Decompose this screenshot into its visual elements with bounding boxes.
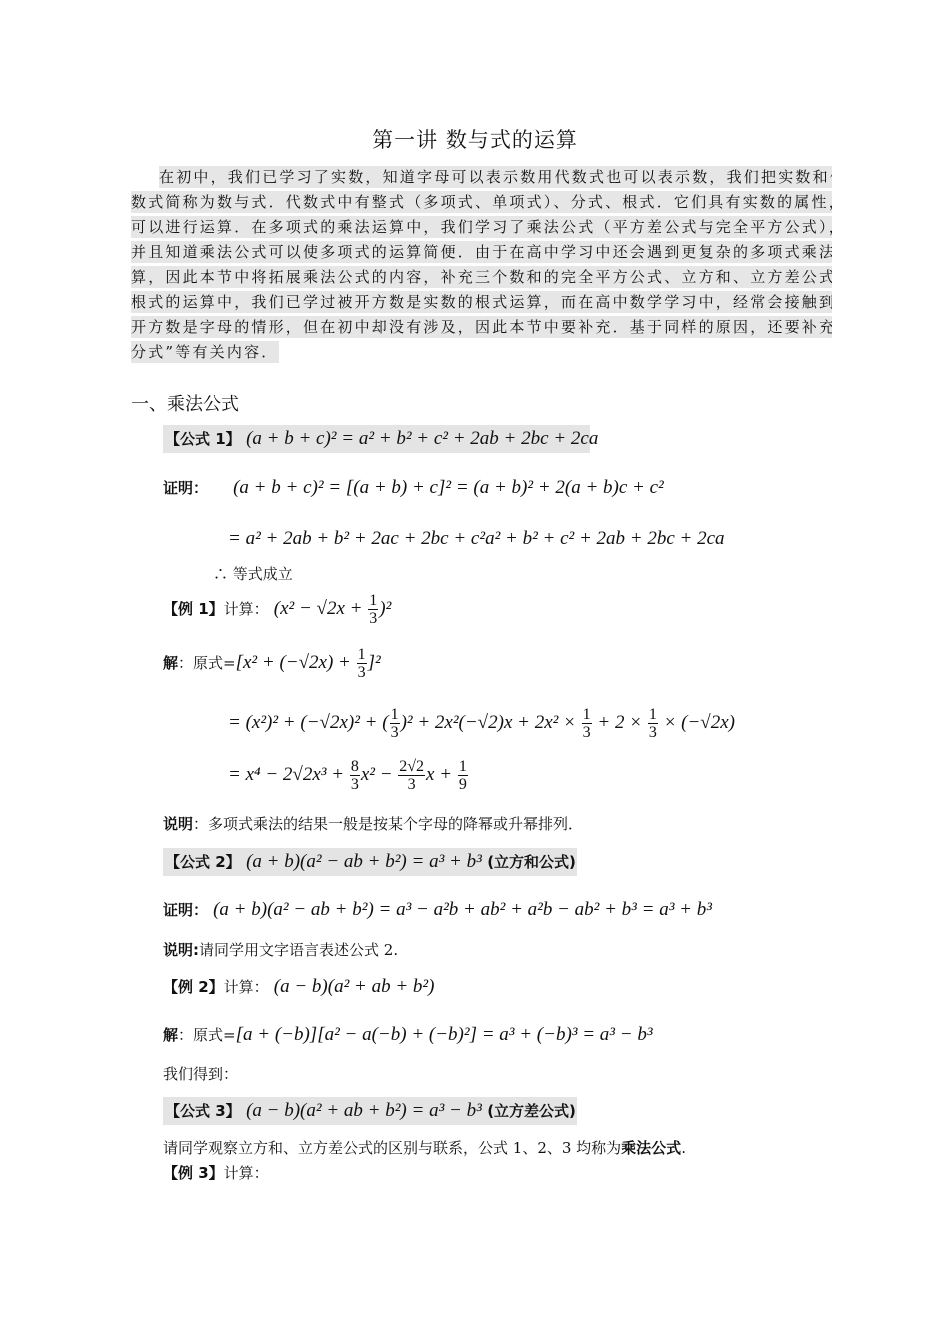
solution-label: 解 [163,1026,178,1044]
intro-line: 开方数是字母的情形，但在初中却没有涉及，因此本节中要补充．基于同样的原因，还要补… [131,316,832,338]
solution-prefix: 原式= [193,654,236,672]
proof-2: 证明： (a + b)(a² − ab + b²) = a³ − a²b + a… [163,899,712,921]
proof-expression-line2: = a² + 2ab + b² + 2ac + 2bc + c²a² + b² … [228,528,725,550]
solution-expression-line2: = (x²)² + (−√2x)² + (13)² + 2x²(−√2)x + … [228,706,735,741]
example-prompt: 计算： [224,600,269,618]
example-tag: 【例 2】 [163,978,224,996]
solution-1: 解：原式=[x² + (−√2x) + 13]² [163,646,381,681]
observe-text: 请同学观察立方和、立方差公式的区别与联系，公式 1、2、3 均称为乘法公式. [163,1137,686,1159]
example-prompt: 计算： [224,1164,269,1182]
we-get-text: 我们得到： [163,1063,238,1085]
solution-label: 解 [163,654,178,672]
intro-line: 分式”等有关内容． [131,341,279,363]
page-title: 第一讲 数与式的运算 [0,124,950,154]
formula-2-box: 【公式 2】 (a + b)(a² − ab + b²) = a³ + b³ (… [163,848,577,876]
proof-expression: (a + b)(a² − ab + b²) = a³ − a²b + ab² +… [213,899,712,920]
fraction: 19 [458,758,468,793]
solution-2: 解：原式=[a + (−b)][a² − a(−b) + (−b)²] = a³… [163,1024,653,1046]
example-3: 【例 3】计算： [163,1162,269,1184]
solution-expression-line3: = x⁴ − 2√2x³ + 83x² − 2√23x + 19 [228,758,469,793]
formula-tag: 【公式 3】 [165,1102,241,1120]
formula-name: (立方和公式) [487,853,576,871]
document-page: 第一讲 数与式的运算 在初中，我们已学习了实数，知道字母可以表示数用代数式也可以… [0,0,950,1344]
solution-expression: [a + (−b)][a² − a(−b) + (−b)²] = a³ + (−… [236,1024,653,1045]
proof-1: 证明： (a + b + c)² = [(a + b) + c]² = (a +… [163,477,664,499]
note-1: 说明：多项式乘法的结果一般是按某个字母的降幂或升幂排列． [163,813,583,835]
example-expression: (a − b)(a² + ab + b²) [274,976,435,997]
formula-expression: (a + b + c)² = a² + b² + c² + 2ab + 2bc … [246,428,598,449]
intro-line: 根式的运算中，我们已学过被开方数是实数的根式运算，而在高中数学学习中，经常会接触… [131,291,832,313]
intro-line: 在初中，我们已学习了实数，知道字母可以表示数用代数式也可以表示数，我们把实数和代 [159,166,832,188]
fraction: 13 [368,592,378,627]
example-prompt: 计算： [224,978,269,996]
example-expression: (x² − √2x + 13)² [274,598,392,619]
proof-conclusion: ∴ 等式成立 [213,563,293,585]
section-heading: 一、乘法公式 [131,390,239,416]
fraction: 2√23 [398,758,425,793]
fraction: 13 [648,706,658,741]
solution-prefix: 原式= [193,1026,236,1044]
note-label: 说明 [163,815,193,833]
bold-term: 乘法公式 [621,1139,681,1157]
fraction: 13 [357,646,367,681]
formula-expression: (a − b)(a² + ab + b²) = a³ − b³ [246,1100,482,1121]
solution-expression: [x² + (−√2x) + 13]² [236,652,381,673]
note-text: 请同学用文字语言表述公式 2. [199,941,398,959]
example-tag: 【例 1】 [163,600,224,618]
formula-expression: (a + b)(a² − ab + b²) = a³ + b³ [246,851,482,872]
formula-name: (立方差公式) [487,1102,576,1120]
fraction: 83 [350,758,360,793]
note-text: 多项式乘法的结果一般是按某个字母的降幂或升幂排列． [208,815,583,833]
formula-3-box: 【公式 3】 (a − b)(a² + ab + b²) = a³ − b³ (… [163,1097,577,1125]
intro-line: 并且知道乘法公式可以使多项式的运算简便．由于在高中学习中还会遇到更复杂的多项式乘… [131,241,832,263]
formula-tag: 【公式 1】 [165,430,241,448]
note-2: 说明:请同学用文字语言表述公式 2. [163,939,398,961]
formula-1-box: 【公式 1】 (a + b + c)² = a² + b² + c² + 2ab… [163,425,590,453]
intro-line: 数式简称为数与式．代数式中有整式（多项式、单项式）、分式、根式．它们具有实数的属… [131,191,832,213]
proof-label: 证明： [163,479,208,497]
proof-label: 证明： [163,901,208,919]
example-2: 【例 2】计算： (a − b)(a² + ab + b²) [163,976,434,998]
intro-line: 算，因此本节中将拓展乘法公式的内容，补充三个数和的完全平方公式、立方和、立方差公… [131,266,832,288]
example-tag: 【例 3】 [163,1164,224,1182]
proof-expression: (a + b + c)² = [(a + b) + c]² = (a + b)²… [233,477,664,498]
example-1: 【例 1】计算： (x² − √2x + 13)² [163,592,391,627]
intro-line: 可以进行运算．在多项式的乘法运算中，我们学习了乘法公式（平方差公式与完全平方公式… [131,216,832,238]
fraction: 13 [582,706,592,741]
formula-tag: 【公式 2】 [165,853,241,871]
fraction: 13 [390,706,400,741]
note-label: 说明: [163,941,199,959]
